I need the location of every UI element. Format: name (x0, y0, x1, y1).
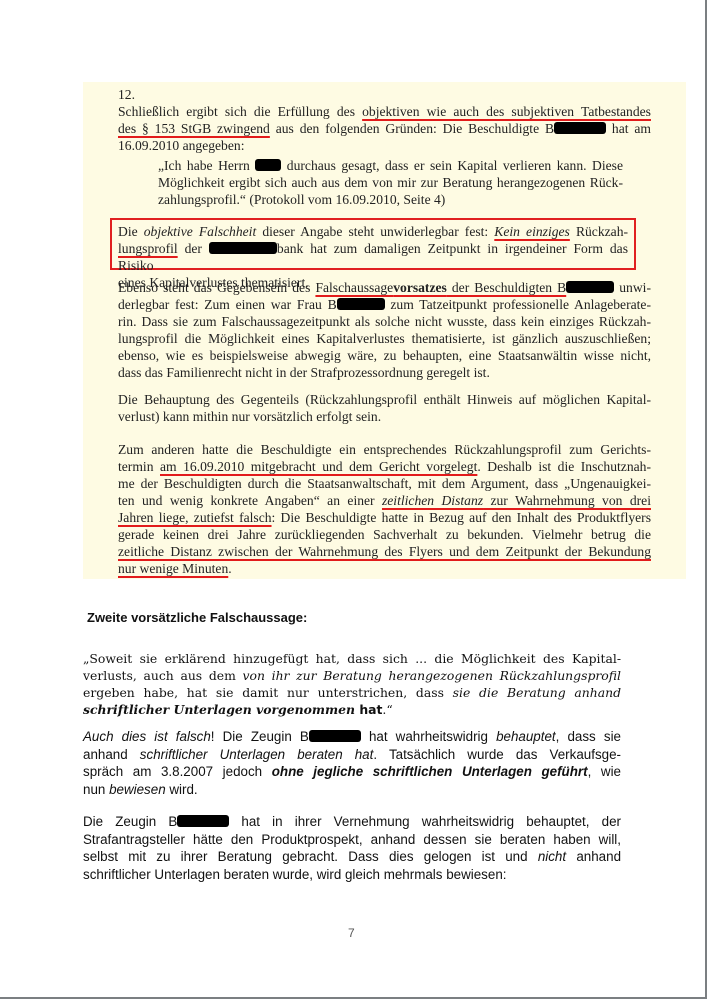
paragraph-gerichtstermin: Zum anderen hatte die Beschuldigte ein e… (118, 441, 651, 577)
paragraph-line: des § 153 StGB zwingend aus den folgende… (118, 120, 651, 137)
section-12: 12. Schließlich ergibt sich die Erfüllun… (118, 86, 651, 154)
section-heading: Zweite vorsätzliche Falschaussage: (87, 609, 307, 627)
paragraph-gegenteil: Die Behauptung des Gegenteils (Rückzahlu… (118, 391, 651, 425)
paragraph-vorsatz: Ebenso steht das Gegebensein des Falscha… (118, 279, 651, 381)
redaction-bar (554, 122, 606, 134)
paragraph-falsch: Auch dies ist falsch! Die Zeugin B hat w… (83, 728, 621, 798)
page-number: 7 (348, 926, 355, 940)
redaction-bar (566, 281, 614, 293)
underlined-phrase: des § 153 StGB zwingend (118, 121, 270, 136)
section-number: 12. (118, 86, 651, 103)
block-quote: „Ich habe Herrn durchaus gesagt, dass er… (158, 157, 623, 208)
cited-quote: „Soweit sie erklärend hinzugefügt hat, d… (83, 650, 621, 718)
scanned-excerpt: 12. Schließlich ergibt sich die Erfüllun… (83, 82, 686, 579)
redaction-bar (309, 730, 361, 742)
paragraph-line: Schließlich ergibt sich die Erfüllung de… (118, 103, 651, 120)
paragraph-vernehmung: Die Zeugin B hat in ihrer Vernehmung wah… (83, 813, 621, 883)
redaction-bar (337, 298, 385, 310)
underlined-phrase: objektiven wie auch des subjektiven Tatb… (362, 104, 651, 119)
document-page: 12. Schließlich ergibt sich die Erfüllun… (0, 0, 707, 999)
redaction-bar (209, 242, 277, 254)
redaction-bar (177, 815, 229, 827)
highlight-box: Die objektive Falschheit dieser Angabe s… (110, 218, 636, 270)
redaction-bar (255, 159, 281, 171)
